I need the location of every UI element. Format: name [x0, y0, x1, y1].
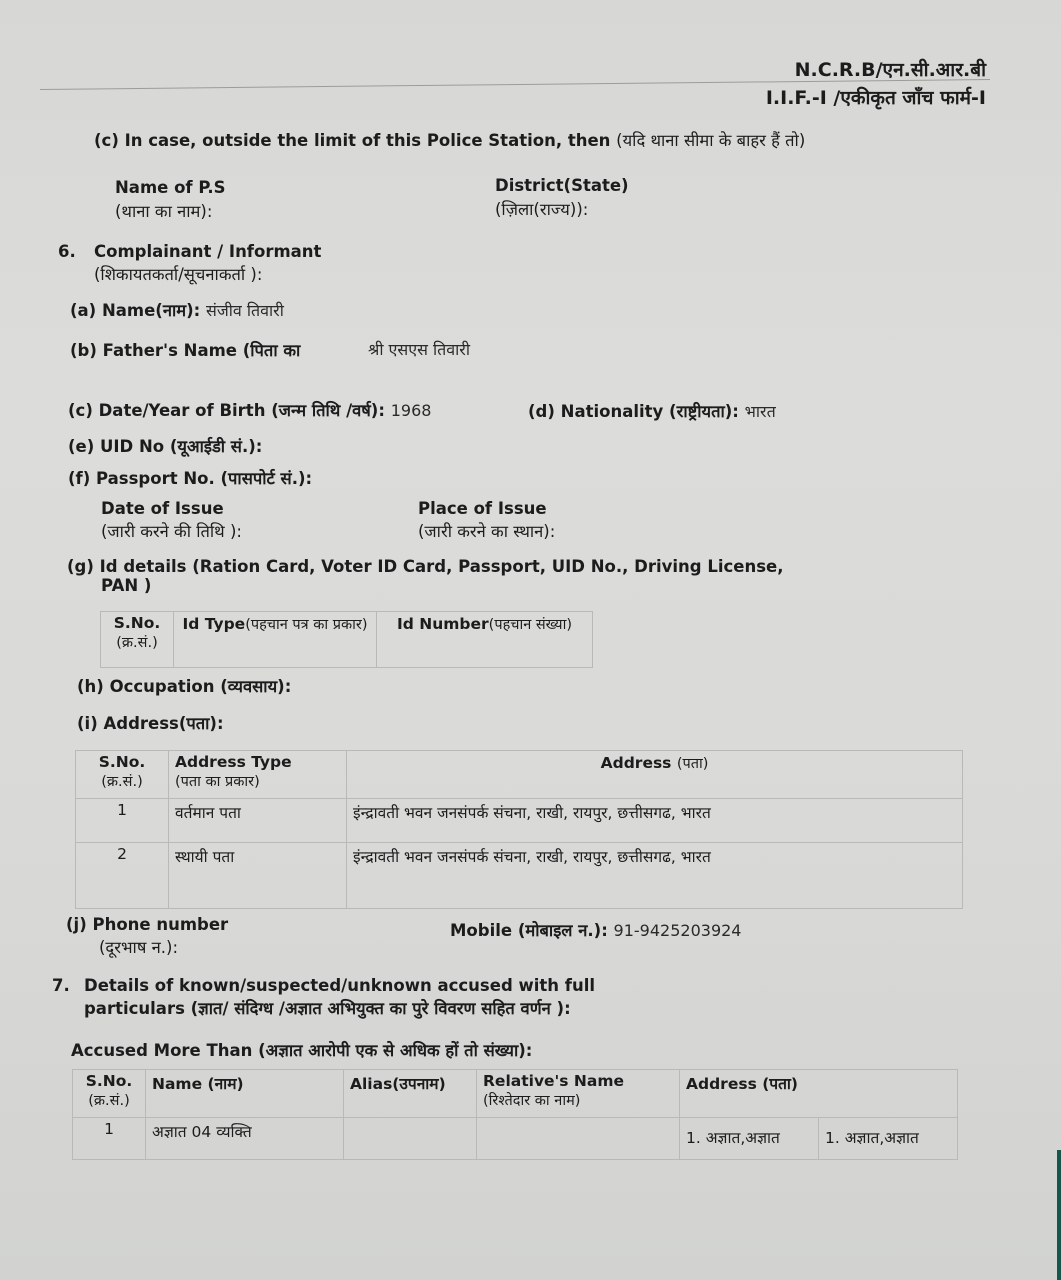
section-7-number: 7.	[52, 976, 70, 995]
accused-table: S.No.(क्र.सं.) Name (नाम) Alias(उपनाम) R…	[72, 1069, 958, 1160]
phone-label: (j) Phone number	[66, 915, 228, 934]
section-6-number: 6.	[58, 242, 76, 261]
occupation-label: (h) Occupation (व्यवसाय):	[77, 674, 291, 697]
id-details-label-2: PAN )	[101, 576, 151, 595]
id-details-label: (g) Id details (Ration Card, Voter ID Ca…	[67, 557, 784, 576]
section-5c-label: (c) In case, outside the limit of this P…	[94, 128, 805, 151]
mobile-field: Mobile (मोबाइल न.): 91-9425203924	[450, 918, 741, 941]
ps-name-label-hi: (थाना का नाम):	[115, 199, 212, 222]
nationality-field: (d) Nationality (राष्ट्रीयता): भारत	[528, 399, 776, 422]
section-7-title: Details of known/suspected/unknown accus…	[84, 976, 595, 995]
table-row: 1 वर्तमान पता इंन्द्रावती भवन जनसंपर्क स…	[76, 799, 963, 843]
nationality-value: भारत	[745, 402, 776, 421]
addr-col-sno: S.No.(क्र.सं.)	[76, 751, 169, 799]
uid-label: (e) UID No (यूआईडी सं.):	[68, 434, 262, 457]
acc-col-alias: Alias(उपनाम)	[344, 1070, 477, 1118]
addr-col-type: Address Type(पता का प्रकार)	[169, 751, 347, 799]
id-details-table: S.No.(क्र.सं.) Id Type(पहचान पत्र का प्र…	[100, 611, 593, 668]
ps-name-label: Name of P.S	[115, 178, 226, 197]
acc-col-relative: Relative's Name(रिश्तेदार का नाम)	[477, 1070, 680, 1118]
father-name-value: श्री एसएस तिवारी	[368, 338, 470, 360]
address-table: S.No.(क्र.सं.) Address Type(पता का प्रका…	[75, 750, 963, 909]
issue-place-label-hi: (जारी करने का स्थान):	[418, 519, 555, 542]
mobile-value: 91-9425203924	[614, 921, 742, 940]
id-col-sno: S.No.(क्र.सं.)	[101, 612, 174, 668]
header-form: I.I.F.-I /एकीकृत जाँच फार्म-I	[766, 84, 986, 110]
issue-date-label: Date of Issue	[101, 499, 224, 518]
section-7-title-2: particulars (ज्ञात/ संदिग्ध /अज्ञात अभिय…	[84, 996, 571, 1019]
table-row: 1 अज्ञात 04 व्यक्ति 1. अज्ञात,अज्ञात 1. …	[73, 1118, 958, 1160]
table-row: 2 स्थायी पता इंन्द्रावती भवन जनसंपर्क सं…	[76, 843, 963, 909]
phone-label-hi: (दूरभाष न.):	[99, 935, 178, 958]
name-field: (a) Name(नाम): संजीव तिवारी	[70, 298, 284, 321]
accused-more-label: Accused More Than (अज्ञात आरोपी एक से अध…	[71, 1038, 532, 1061]
id-col-number: Id Number(पहचान संख्या)	[377, 612, 593, 668]
dob-value: 1968	[391, 401, 432, 420]
acc-col-name: Name (नाम)	[146, 1070, 344, 1118]
district-label: District(State)	[495, 176, 629, 195]
address-label: (i) Address(पता):	[77, 711, 224, 734]
addr-col-address: Address (पता)	[347, 751, 963, 799]
issue-date-label-hi: (जारी करने की तिथि ):	[101, 519, 242, 542]
name-value: संजीव तिवारी	[206, 301, 284, 320]
page-edge-shadow	[1057, 1150, 1061, 1280]
section-6-title-hi: (शिकायतकर्ता/सूचनाकर्ता ):	[94, 262, 262, 285]
acc-col-sno: S.No.(क्र.सं.)	[73, 1070, 146, 1118]
passport-label: (f) Passport No. (पासपोर्ट सं.):	[68, 466, 312, 489]
id-col-type: Id Type(पहचान पत्र का प्रकार)	[174, 612, 377, 668]
issue-place-label: Place of Issue	[418, 499, 547, 518]
father-name-label: (b) Father's Name (पिता का	[70, 338, 300, 361]
district-label-hi: (ज़िला(राज्य)):	[495, 197, 588, 220]
dob-field: (c) Date/Year of Birth (जन्म तिथि /वर्ष)…	[68, 398, 431, 421]
acc-col-address: Address (पता)	[680, 1070, 958, 1118]
section-6-title: Complainant / Informant	[94, 242, 321, 261]
header-org: N.C.R.B/एन.सी.आर.बी	[795, 56, 986, 82]
